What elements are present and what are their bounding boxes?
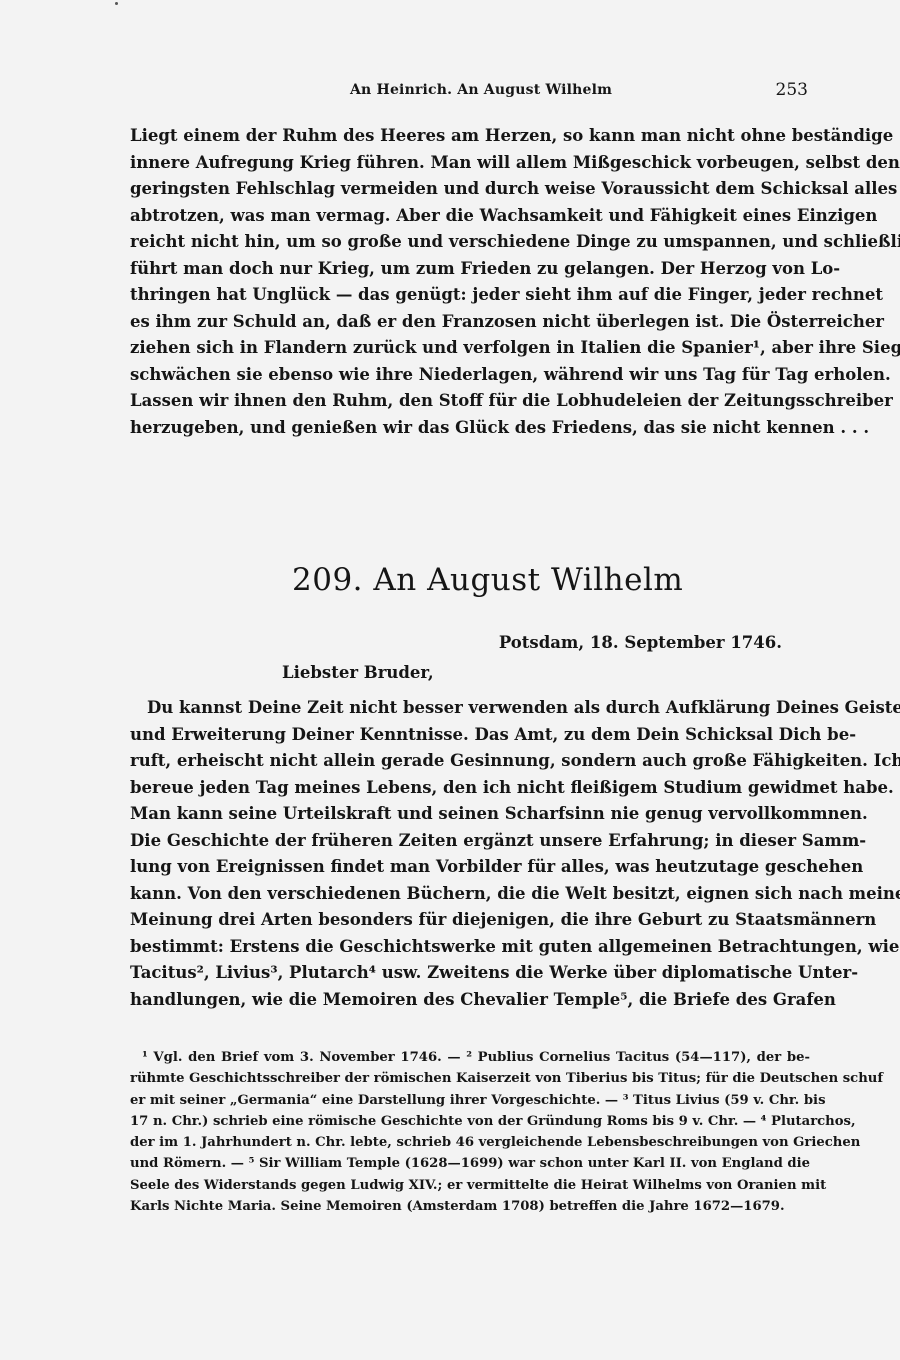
- letter-heading: 209. An August Wilhelm: [292, 562, 683, 598]
- previous-letter-text: Liegt einem der Ruhm des Heeres am Herze…: [130, 123, 810, 441]
- text-line: es ihm zur Schuld an, daß er den Franzos…: [130, 309, 810, 336]
- page-number: 253: [776, 80, 808, 100]
- text-line: kann. Von den verschiedenen Büchern, die…: [130, 881, 810, 908]
- letter-body-text: Du kannst Deine Zeit nicht besser verwen…: [130, 695, 810, 1013]
- footnote-line: Karls Nichte Maria. Seine Memoiren (Amst…: [130, 1196, 810, 1217]
- footnote-line: er mit seiner „Germania“ eine Darstellun…: [130, 1090, 810, 1111]
- text-line: geringsten Fehlschlag vermeiden und durc…: [130, 176, 810, 203]
- text-line: Tacitus², Livius³, Plutarch⁴ usw. Zweite…: [130, 960, 810, 987]
- text-line: bestimmt: Erstens die Geschichtswerke mi…: [130, 934, 810, 961]
- footnotes: ¹ Vgl. den Brief vom 3. November 1746. —…: [130, 1047, 810, 1217]
- footnote-line: und Römern. — ⁵ Sir William Temple (1628…: [130, 1153, 810, 1174]
- running-head: An Heinrich. An August Wilhelm 253: [130, 80, 810, 106]
- salutation: Liebster Bruder,: [282, 663, 434, 682]
- text-line: lung von Ereignissen findet man Vorbilde…: [130, 854, 810, 881]
- text-line: abtrotzen, was man vermag. Aber die Wach…: [130, 203, 810, 230]
- footnote-line: ¹ Vgl. den Brief vom 3. November 1746. —…: [130, 1047, 810, 1068]
- text-line: Du kannst Deine Zeit nicht besser verwen…: [130, 695, 810, 722]
- footnote-line: 17 n. Chr.) schrieb eine römische Geschi…: [130, 1111, 810, 1132]
- text-line: Liegt einem der Ruhm des Heeres am Herze…: [130, 123, 810, 150]
- letter-title: An August Wilhelm: [373, 562, 683, 598]
- text-line: Meinung drei Arten besonders für diejeni…: [130, 907, 810, 934]
- dateline: Potsdam, 18. September 1746.: [499, 633, 782, 652]
- text-line: und Erweiterung Deiner Kenntnisse. Das A…: [130, 722, 810, 749]
- running-title: An Heinrich. An August Wilhelm: [350, 82, 612, 98]
- footnote-line: der im 1. Jahrhundert n. Chr. lebte, sch…: [130, 1132, 810, 1153]
- text-line: Die Geschichte der früheren Zeiten ergän…: [130, 828, 810, 855]
- text-line: innere Aufregung Krieg führen. Man will …: [130, 150, 810, 177]
- text-line: führt man doch nur Krieg, um zum Frieden…: [130, 256, 810, 283]
- text-line: handlungen, wie die Memoiren des Chevali…: [130, 987, 810, 1014]
- text-line: thringen hat Unglück — das genügt: jeder…: [130, 282, 810, 309]
- text-line: bereue jeden Tag meines Lebens, den ich …: [130, 775, 810, 802]
- text-line: Man kann seine Urteilskraft und seinen S…: [130, 801, 810, 828]
- footnote-line: rühmte Geschichtsschreiber der römischen…: [130, 1068, 810, 1089]
- text-line: Lassen wir ihnen den Ruhm, den Stoff für…: [130, 388, 810, 415]
- footnote-line: Seele des Widerstands gegen Ludwig XIV.;…: [130, 1175, 810, 1196]
- text-line: schwächen sie ebenso wie ihre Niederlage…: [130, 362, 810, 389]
- text-line: ziehen sich in Flandern zurück und verfo…: [130, 335, 810, 362]
- text-line: ruft, erheischt nicht allein gerade Gesi…: [130, 748, 810, 775]
- text-line: reicht nicht hin, um so große und versch…: [130, 229, 810, 256]
- book-page: An Heinrich. An August Wilhelm 253 Liegt…: [0, 0, 900, 1360]
- scan-speck: [115, 2, 118, 5]
- text-line: herzugeben, und genießen wir das Glück d…: [130, 415, 810, 442]
- letter-number: 209.: [292, 562, 363, 598]
